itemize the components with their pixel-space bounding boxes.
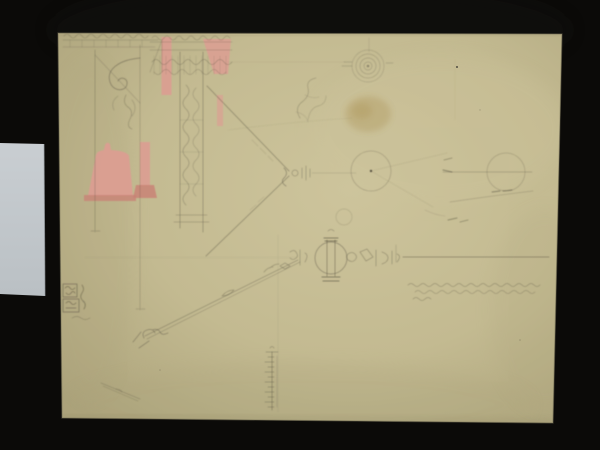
- label-card: [0, 143, 45, 296]
- stain: [345, 96, 391, 132]
- photo-canvas: [0, 0, 600, 450]
- photograph: [0, 0, 600, 450]
